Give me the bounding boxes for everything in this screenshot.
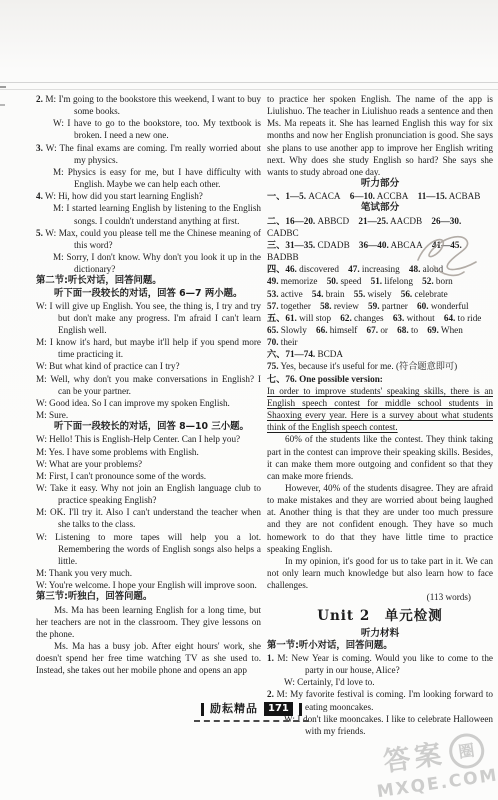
text-line: M: Thank you very much. bbox=[36, 567, 261, 579]
text-line: 70. their bbox=[267, 336, 493, 348]
text-line: 53. active 54. brain 55. wisely 56. cele… bbox=[267, 288, 493, 300]
page-number: 171 bbox=[264, 702, 293, 716]
text-line: 五、61. will stop 62. changes 63. without … bbox=[267, 312, 493, 324]
scan-artifact-line bbox=[0, 82, 498, 83]
text-line: W: Certainly, I'd love to. bbox=[267, 676, 493, 688]
text-line: In my opinion, it's good for us to take … bbox=[267, 555, 493, 591]
text-line: M: First, I can't pronounce some of the … bbox=[36, 470, 261, 482]
text-line: (113 words) bbox=[267, 591, 493, 603]
text-line: In order to improve students' speaking s… bbox=[267, 385, 493, 434]
text-line: 第二节:听长对话，回答问题。 bbox=[36, 275, 261, 287]
text-line: 2. M: I'm going to the bookstore this we… bbox=[36, 93, 261, 117]
text-line: W: Hello! This is English-Help Center. C… bbox=[36, 433, 261, 445]
text-line: M: Sure. bbox=[36, 409, 261, 421]
text-line: 听下面一段较长的对话，回答 6—7 两小题。 bbox=[36, 288, 261, 300]
text-line: M: Physics is easy for me, but I have di… bbox=[36, 166, 261, 190]
text-line: M: OK. I'll try it. Also I can't underst… bbox=[36, 506, 261, 530]
scan-edge-mark bbox=[0, 86, 6, 88]
text-line: 75. Yes, because it's useful for me. (符合… bbox=[267, 360, 493, 372]
text-line: 第三节:听独白，回答问题。 bbox=[36, 591, 261, 603]
right-column: to practice her spoken English. The name… bbox=[267, 93, 493, 737]
text-line: 听力部分 bbox=[267, 178, 493, 190]
watermark-circle-logo: 圈 bbox=[446, 731, 486, 771]
text-line: 七、76. One possible version: bbox=[267, 373, 493, 385]
text-line: W: Listening to more tapes will help you… bbox=[36, 531, 261, 567]
text-line: 57. together 58. review 59. partner 60. … bbox=[267, 300, 493, 312]
page-footer-brand: 励耘精品 171 bbox=[194, 701, 309, 722]
text-line: W: But what kind of practice can I try? bbox=[36, 360, 261, 372]
text-line: Unit 2 单元检测 bbox=[267, 604, 493, 628]
text-line: M: Yes. I have some problems with Englis… bbox=[36, 446, 261, 458]
footer-bar-right bbox=[299, 703, 302, 716]
answer-site-watermark: 答案 圈 MXQE.COM bbox=[370, 730, 498, 800]
text-line: M: Well, why don't you make conversation… bbox=[36, 373, 261, 397]
text-line: M: I started learning English by listeni… bbox=[36, 202, 261, 226]
text-line: to practice her spoken English. The name… bbox=[267, 93, 493, 178]
text-line: W: Take it easy. Why not join an English… bbox=[36, 482, 261, 506]
text-line: 3. W: The final exams are coming. I'm re… bbox=[36, 142, 261, 166]
text-line: M: Sorry, I don't know. Why don't you lo… bbox=[36, 251, 261, 275]
text-line: Ms. Ma has a busy job. After eight hours… bbox=[36, 640, 261, 676]
text-line: 4. W: Hi, how did you start learning Eng… bbox=[36, 190, 261, 202]
text-line: 1. M: New Year is coming. Would you like… bbox=[267, 652, 493, 676]
text-line: 笔试部分 bbox=[267, 202, 493, 214]
text-line: W: Good idea. So I can improve my spoken… bbox=[36, 397, 261, 409]
text-line: W: I will give up English. You see, the … bbox=[36, 300, 261, 336]
pen-scribble-annotation bbox=[412, 226, 494, 284]
text-line: 听力材料 bbox=[267, 628, 493, 640]
text-line: 一、1—5. ACACA 6—10. ACCBA 11—15. ACBAB bbox=[267, 190, 493, 202]
text-line: 5. W: Max, could you please tell me the … bbox=[36, 227, 261, 251]
text-line: However, 40% of the students disagree. T… bbox=[267, 482, 493, 555]
text-line: W: What are your problems? bbox=[36, 458, 261, 470]
text-line: W: You're welcome. I hope your English w… bbox=[36, 579, 261, 591]
scan-edge-mark bbox=[0, 104, 5, 106]
scanned-answer-page: 2. M: I'm going to the bookstore this we… bbox=[0, 0, 498, 800]
text-line: 第一节:听小对话，回答问题。 bbox=[267, 640, 493, 652]
text-line: Ms. Ma has been learning English for a l… bbox=[36, 604, 261, 640]
text-line: 听下面一段较长的对话，回答 8—10 三小题。 bbox=[36, 421, 261, 433]
text-line: 65. Slowly 66. himself 67. or 68. to 69.… bbox=[267, 324, 493, 336]
text-line: 60% of the students like the contest. Th… bbox=[267, 433, 493, 482]
left-column: 2. M: I'm going to the bookstore this we… bbox=[36, 93, 261, 677]
text-line: M: I know it's hard, but maybe it'll hel… bbox=[36, 336, 261, 360]
text-line: 六、71—74. BCDA bbox=[267, 348, 493, 360]
scan-artifact-line bbox=[0, 89, 498, 90]
brand-label: 励耘精品 bbox=[210, 703, 258, 715]
watermark-text: 答案 bbox=[381, 739, 447, 777]
footer-bar-left bbox=[201, 703, 204, 716]
text-line: W: I have to go to the bookstore, too. M… bbox=[36, 117, 261, 141]
